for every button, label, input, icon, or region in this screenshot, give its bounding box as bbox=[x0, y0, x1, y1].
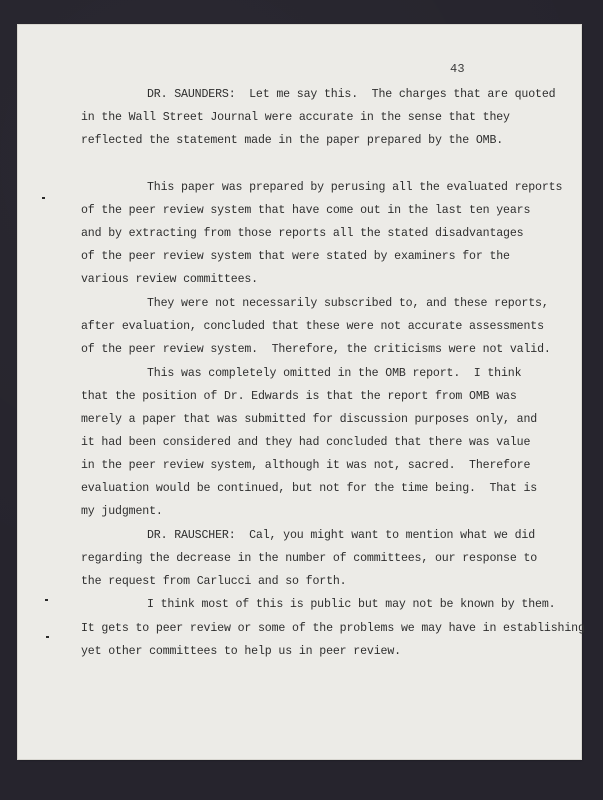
text-line: of the peer review system that have come… bbox=[81, 204, 530, 218]
text-line: that the position of Dr. Edwards is that… bbox=[81, 390, 517, 404]
text-line: I think most of this is public but may n… bbox=[147, 598, 555, 612]
text-line: the request from Carlucci and so forth. bbox=[81, 575, 347, 589]
text-line: of the peer review system. Therefore, th… bbox=[81, 343, 551, 357]
page-number: 43 bbox=[450, 62, 465, 76]
text-line: my judgment. bbox=[81, 505, 163, 519]
text-line: of the peer review system that were stat… bbox=[81, 250, 510, 264]
margin-mark bbox=[42, 197, 45, 199]
text-line: it had been considered and they had conc… bbox=[81, 436, 530, 450]
text-line: in the peer review system, although it w… bbox=[81, 459, 530, 473]
text-line: DR. RAUSCHER: Cal, you might want to men… bbox=[147, 529, 535, 543]
margin-mark bbox=[46, 636, 49, 638]
text-line: after evaluation, concluded that these w… bbox=[81, 320, 544, 334]
text-line: DR. SAUNDERS: Let me say this. The charg… bbox=[147, 88, 555, 102]
text-line: and by extracting from those reports all… bbox=[81, 227, 523, 241]
margin-mark bbox=[45, 599, 48, 601]
text-line: regarding the decrease in the number of … bbox=[81, 552, 537, 566]
text-line: They were not necessarily subscribed to,… bbox=[147, 297, 549, 311]
document-page: 43 DR. SAUNDERS: Let me say this. The ch… bbox=[18, 25, 581, 759]
text-line: various review committees. bbox=[81, 273, 258, 287]
text-line: This paper was prepared by perusing all … bbox=[147, 181, 562, 195]
text-line: yet other committees to help us in peer … bbox=[81, 645, 401, 659]
text-line: This was completely omitted in the OMB r… bbox=[147, 367, 521, 381]
text-line: reflected the statement made in the pape… bbox=[81, 134, 503, 148]
text-line: evaluation would be continued, but not f… bbox=[81, 482, 537, 496]
text-line: merely a paper that was submitted for di… bbox=[81, 413, 537, 427]
text-line: It gets to peer review or some of the pr… bbox=[81, 622, 585, 636]
text-line: in the Wall Street Journal were accurate… bbox=[81, 111, 510, 125]
